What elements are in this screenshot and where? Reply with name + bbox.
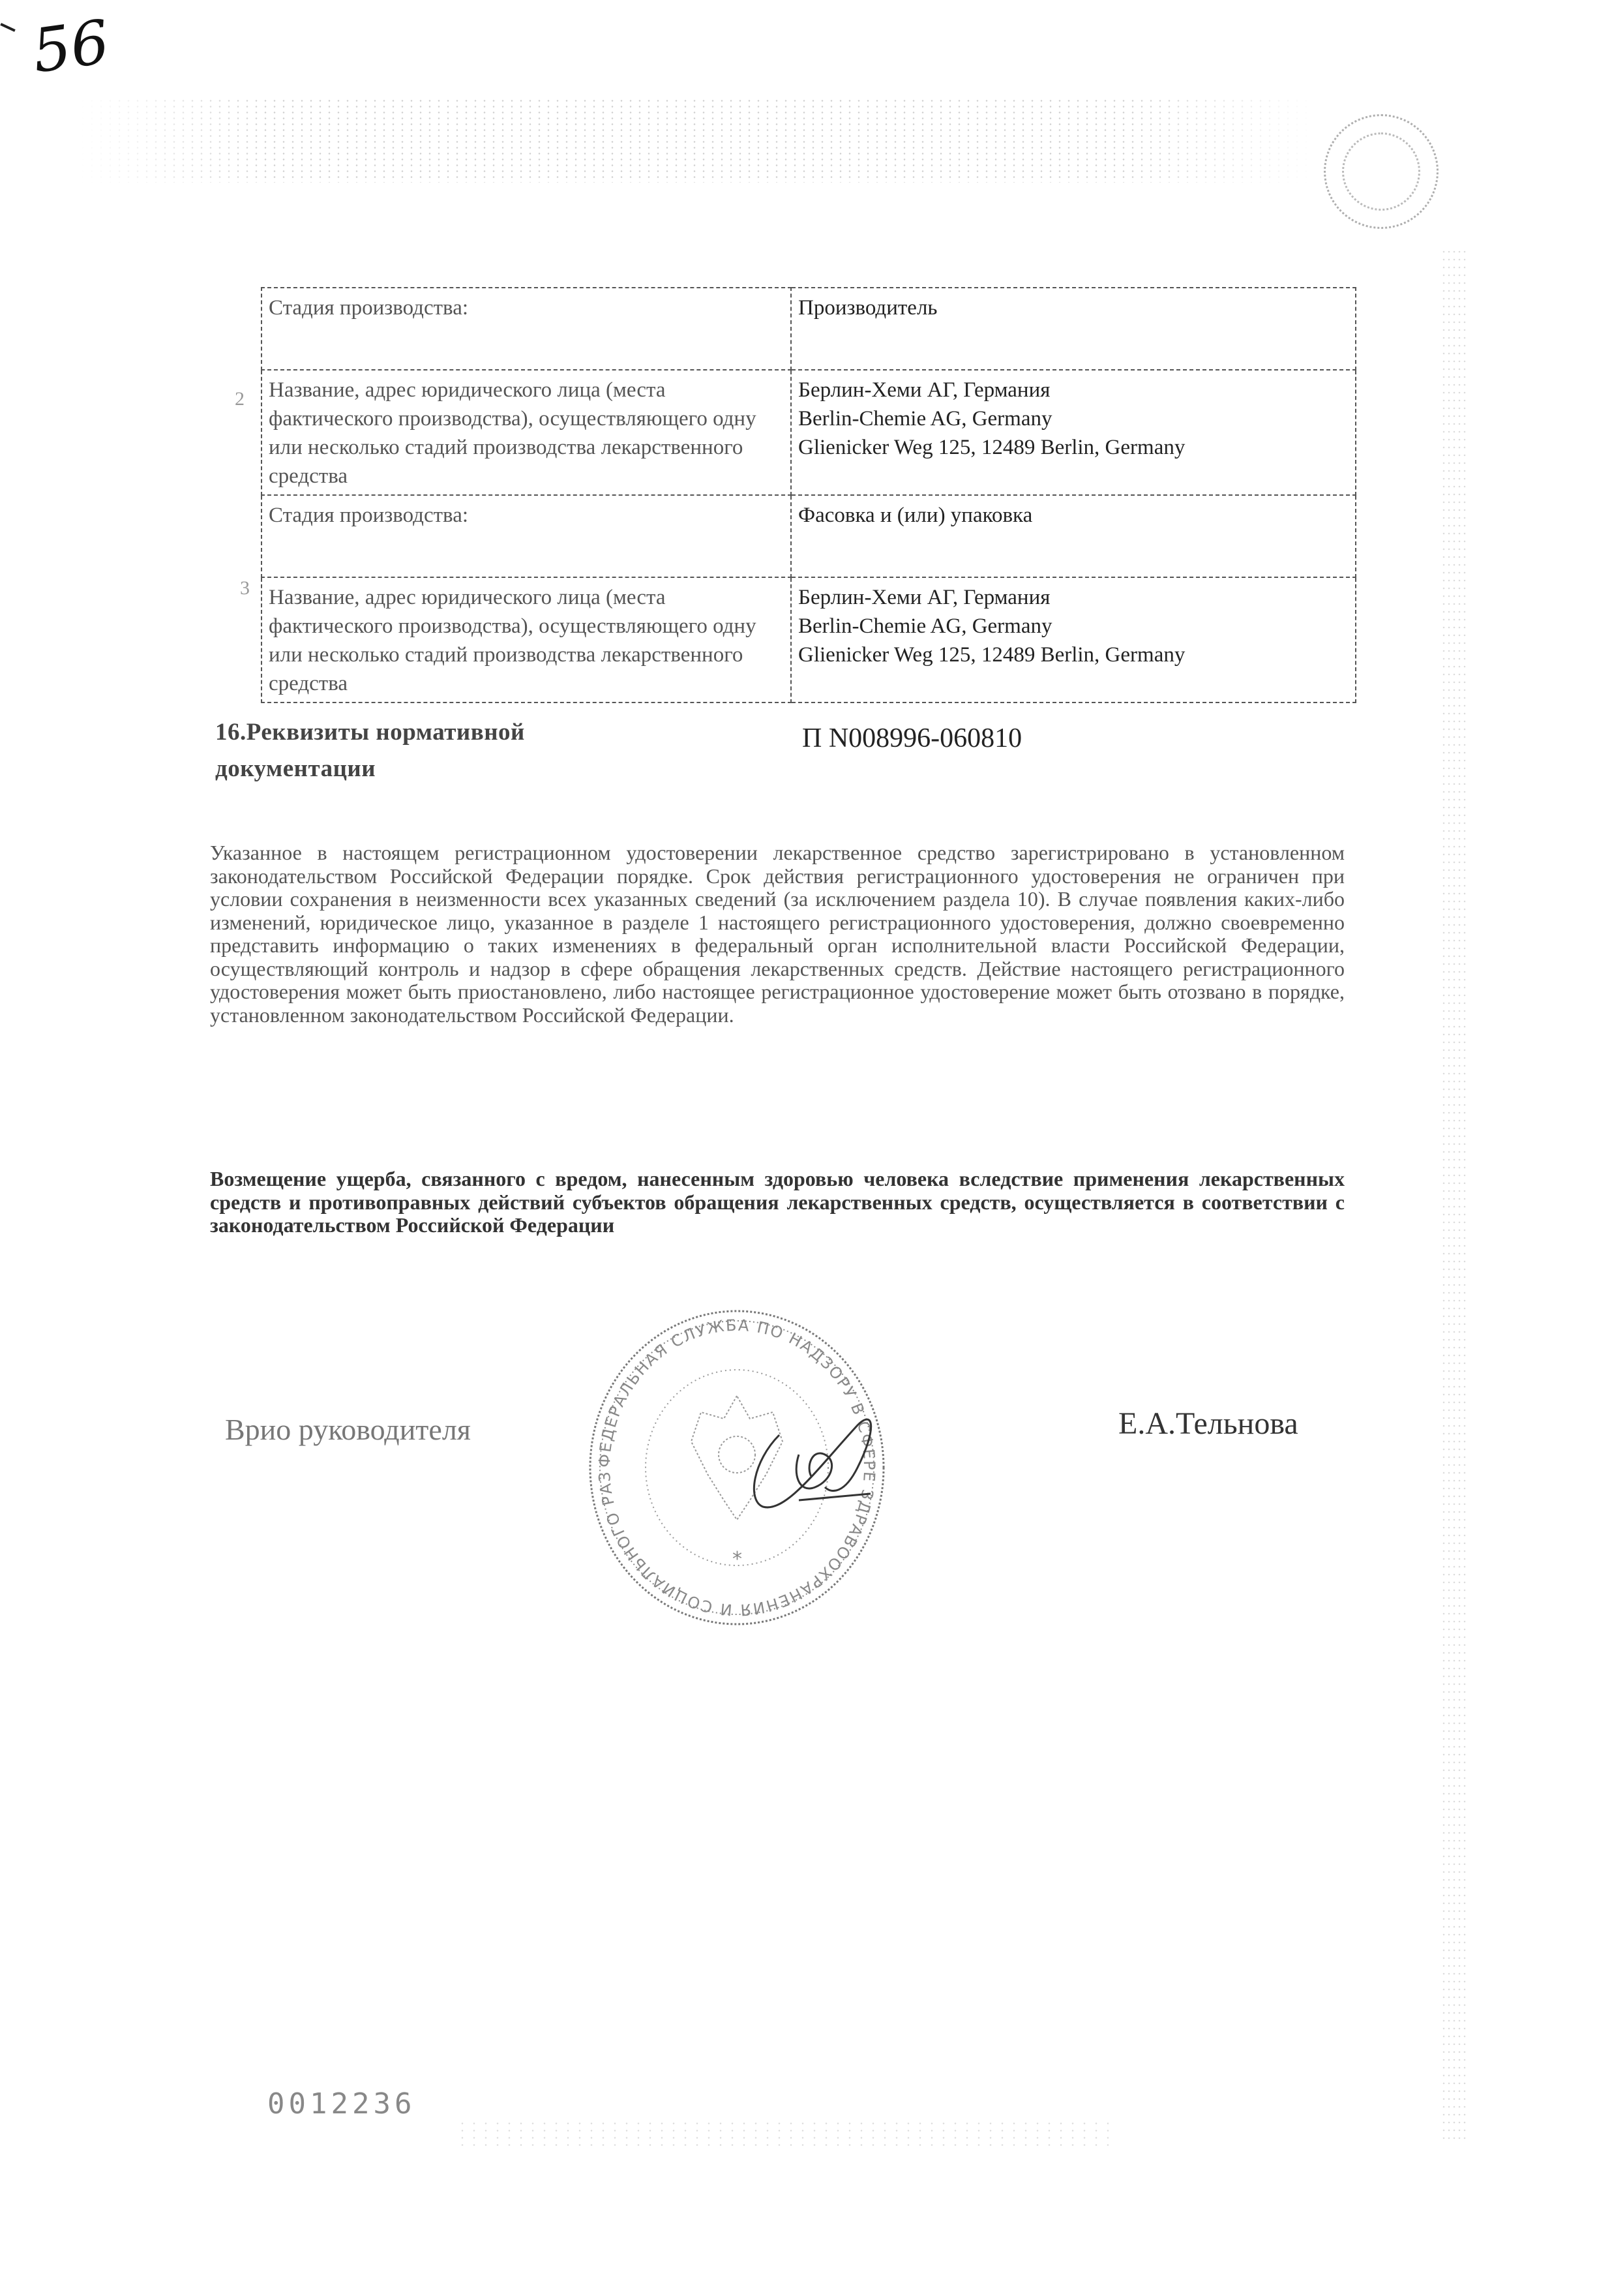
form-serial-number: 0012236 xyxy=(267,2087,415,2121)
manufacturer-name-en: Berlin-Chemie AG, Germany xyxy=(798,404,1349,433)
compensation-notice-paragraph: Возмещение ущерба, связанного с вредом, … xyxy=(210,1168,1345,1237)
faded-header-band xyxy=(78,98,1317,183)
table-row: Название, адрес юридического лица (места… xyxy=(261,577,1356,702)
margin-mark xyxy=(0,23,15,32)
registration-notice-paragraph: Указанное в настоящем регистрационном уд… xyxy=(210,841,1345,1027)
stage-label: Стадия производства: xyxy=(261,288,791,370)
table-row: Название, адрес юридического лица (места… xyxy=(261,370,1356,495)
entity-label: Название, адрес юридического лица (места… xyxy=(261,577,791,702)
manufacturer-address: Берлин-Хеми АГ, Германия Berlin-Chemie A… xyxy=(791,370,1356,495)
manufacturer-name-ru: Берлин-Хеми АГ, Германия xyxy=(798,376,1349,404)
manufacturer-name-en: Berlin-Chemie AG, Germany xyxy=(798,612,1349,641)
stage-value: Производитель xyxy=(791,288,1356,370)
svg-text:*: * xyxy=(732,1548,742,1571)
emblem-icon xyxy=(1324,114,1439,229)
normative-doc-number: П N008996-060810 xyxy=(802,723,1022,754)
section-16-label: 16.Реквизиты нормативной документации xyxy=(215,714,672,787)
stage-value-text: Производитель xyxy=(798,294,1349,322)
table-row: Стадия производства: Производитель xyxy=(261,288,1356,370)
table-row: Стадия производства: Фасовка и (или) упа… xyxy=(261,495,1356,577)
production-stages-table: Стадия производства: Производитель Назва… xyxy=(261,287,1356,703)
scan-edge-artifact xyxy=(1441,248,1467,2139)
manufacturer-address: Берлин-Хеми АГ, Германия Berlin-Chemie A… xyxy=(791,577,1356,702)
stage-label: Стадия производства: xyxy=(261,495,791,577)
manufacturer-street: Glienicker Weg 125, 12489 Berlin, German… xyxy=(798,641,1349,669)
manufacturer-street: Glienicker Weg 125, 12489 Berlin, German… xyxy=(798,433,1349,462)
signatory-name: Е.А.Тельнова xyxy=(1118,1406,1298,1442)
row-number: 2 xyxy=(235,388,245,410)
handwritten-page-number: 56 xyxy=(28,7,113,86)
scan-footer-artifact xyxy=(456,2120,1109,2146)
official-seal-icon: ФЕДЕРАЛЬНАЯ СЛУЖБА ПО НАДЗОРУ В СФЕРЕ ЗД… xyxy=(584,1305,890,1631)
row-number: 3 xyxy=(240,577,250,599)
manufacturer-name-ru: Берлин-Хеми АГ, Германия xyxy=(798,583,1349,612)
stage-value: Фасовка и (или) упаковка xyxy=(791,495,1356,577)
signatory-title: Врио руководителя xyxy=(225,1412,471,1447)
entity-label: Название, адрес юридического лица (места… xyxy=(261,370,791,495)
stage-value-text: Фасовка и (или) упаковка xyxy=(798,501,1349,530)
